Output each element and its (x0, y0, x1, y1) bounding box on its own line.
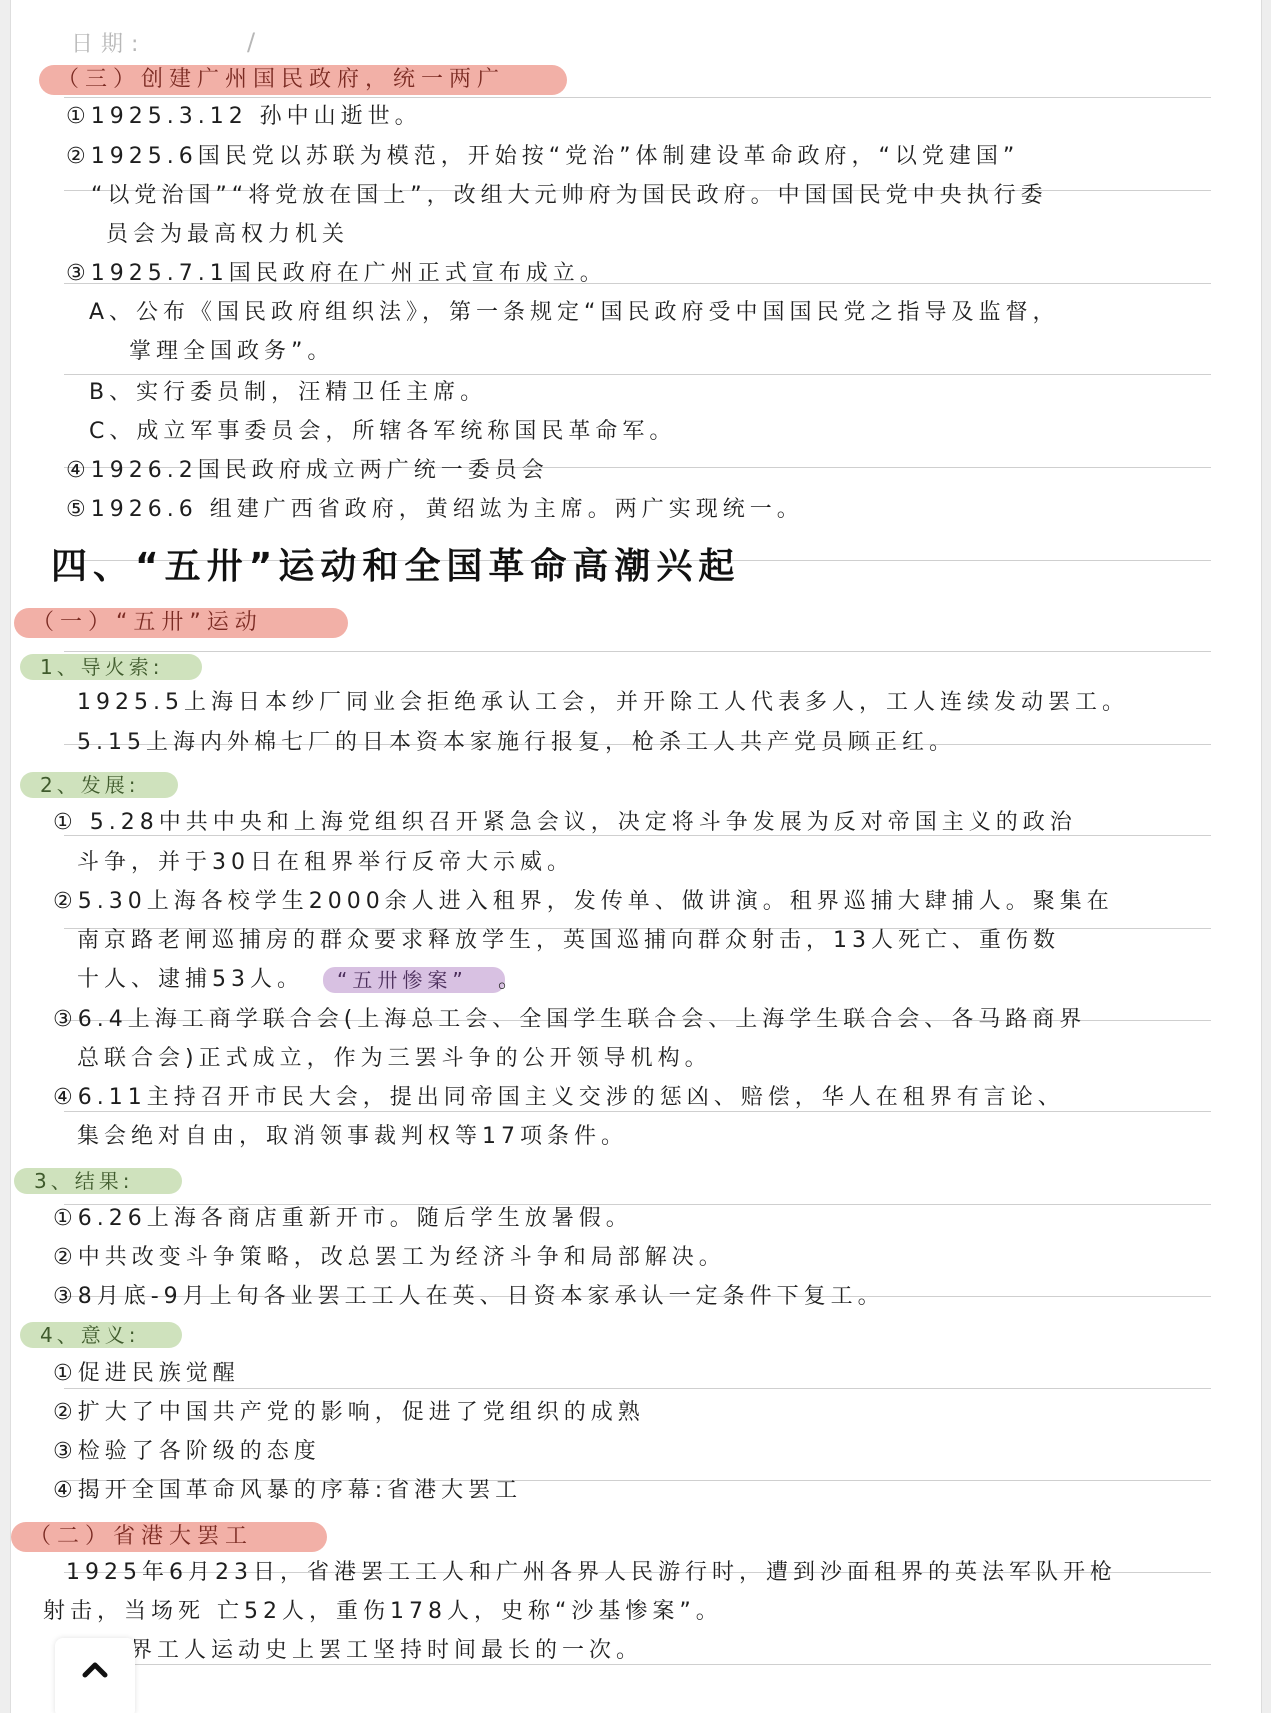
note-line: 5.15上海内外棉七厂的日本资本家施行报复，枪杀工人共产党员顾正红。 (77, 728, 956, 758)
ruled-line (64, 374, 1211, 375)
note-line: ②5.30上海各校学生2000余人进入租界，发传单、做讲演。租界巡捕大肆捕人。聚… (53, 887, 1114, 917)
section-title: （三）创建广州国民政府，统一两广 (57, 67, 505, 92)
note-page: 日期: / （三）创建广州国民政府，统一两广 ①1925.3.12 孙中山逝世。… (11, 0, 1261, 1713)
note-line: ④揭开全国革命风暴的序幕:省港大罢工 (53, 1476, 522, 1506)
topic-label-pill: 4、意义: (20, 1322, 182, 1348)
topic-label-pill: 2、发展: (20, 772, 178, 798)
note-line: B、实行委员制，汪精卫任主席。 (89, 378, 487, 408)
right-scrollbar-track[interactable] (1261, 0, 1271, 1713)
note-line: ③6.4上海工商学联合会(上海总工会、全国学生联合会、上海学生联合会、各马路商界 (53, 1005, 1086, 1035)
chevron-up-icon (81, 1638, 109, 1682)
note-line: ③1925.7.1国民政府在广州正式宣布成立。 (66, 259, 607, 289)
note-line: ②扩大了中国共产党的影响，促进了党组织的成熟 (53, 1398, 645, 1428)
note-line: 南京路老闸巡捕房的群众要求释放学生，英国巡捕向群众射击，13人死亡、重伤数 (77, 926, 1060, 956)
topic-label-pill: 1、导火索: (20, 654, 202, 680)
note-line: 总联合会)正式成立，作为三罢斗争的公开领导机构。 (77, 1044, 712, 1074)
topic-label-pill: 3、结果: (14, 1168, 182, 1194)
note-line: ③8月底-9月上旬各业罢工工人在英、日资本家承认一定条件下复工。 (53, 1282, 885, 1312)
subsection-title: （一）“五卅”运动 (32, 610, 263, 635)
note-line: 斗争，并于30日在租界举行反帝大示威。 (77, 848, 574, 878)
scroll-to-top-button[interactable] (55, 1638, 135, 1713)
note-line: ① 5.28中共中央和上海党组织召开紧急会议，决定将斗争发展为反对帝国主义的政治 (53, 808, 1077, 838)
subsection-title-pill: （一）“五卅”运动 (14, 608, 348, 638)
note-line: 掌理全国政务”。 (129, 337, 334, 367)
topic-label: 3、结果: (34, 1169, 133, 1193)
note-line: 十人、逮捕53人。 (77, 965, 304, 995)
subsection-title-pill: （二）省港大罢工 (11, 1522, 327, 1552)
note-line: ①1925.3.12 孙中山逝世。 (66, 102, 422, 132)
highlight-text: “五卅惨案” (337, 968, 468, 992)
highlight-pill: “五卅惨案” (323, 967, 505, 993)
left-gutter (0, 0, 11, 1713)
note-line: 。 (498, 966, 525, 996)
note-line: ②中共改变斗争策略，改总罢工为经济斗争和局部解决。 (53, 1243, 726, 1273)
ruled-line (64, 651, 1211, 652)
note-line: 员会为最高权力机关 (106, 220, 349, 250)
note-line: ②1925.6国民党以苏联为模范，开始按“党治”体制建设革命政府，“以党建国” (66, 142, 1019, 172)
note-line: C、成立军事委员会，所辖各军统称国民革命军。 (89, 417, 676, 447)
note-line: 1925.5上海日本纱厂同业会拒绝承认工会，并开除工人代表多人，工人连续发动罢工… (77, 688, 1129, 718)
section-title-pill: （三）创建广州国民政府，统一两广 (39, 65, 567, 95)
note-line: ④6.11主持召开市民大会，提出同帝国主义交涉的惩凶、赔偿，华人在租界有言论、 (53, 1083, 1065, 1113)
topic-label: 1、导火索: (40, 655, 163, 679)
date-label: 日期: (71, 30, 146, 60)
note-line: 1925年6月23日，省港罢工工人和广州各界人民游行时，遭到沙面租界的英法军队开… (66, 1558, 1117, 1588)
note-line: ①6.26上海各商店重新开市。随后学生放暑假。 (53, 1204, 633, 1234)
ruled-line (64, 97, 1211, 98)
topic-label: 2、发展: (40, 773, 139, 797)
note-line: 射击，当场死 亡52人，重伤178人，史称“沙基惨案”。 (43, 1597, 723, 1627)
note-line: ⑤1926.6 组建广西省政府，黄绍竑为主席。两广实现统一。 (66, 495, 804, 525)
topic-label: 4、意义: (40, 1323, 139, 1347)
note-line: 界工人运动史上罢工坚持时间最长的一次。 (130, 1636, 643, 1666)
chapter-heading: 四、“五卅”运动和全国革命高潮兴起 (51, 545, 740, 589)
note-line: 集会绝对自由，取消领事裁判权等17项条件。 (77, 1122, 628, 1152)
note-line: “以党治国”“将党放在国上”，改组大元帅府为国民政府。中国国民党中央执行委 (91, 181, 1048, 211)
note-line: ①促进民族觉醒 (53, 1359, 240, 1389)
note-line: ③检验了各阶级的态度 (53, 1437, 321, 1467)
date-separator: / (247, 28, 255, 56)
note-line: A、公布《国民政府组织法》，第一条规定“国民政府受中国国民党之指导及监督， (89, 298, 1059, 328)
note-line: ④1926.2国民政府成立两广统一委员会 (66, 456, 549, 486)
subsection-title: （二）省港大罢工 (29, 1524, 253, 1549)
